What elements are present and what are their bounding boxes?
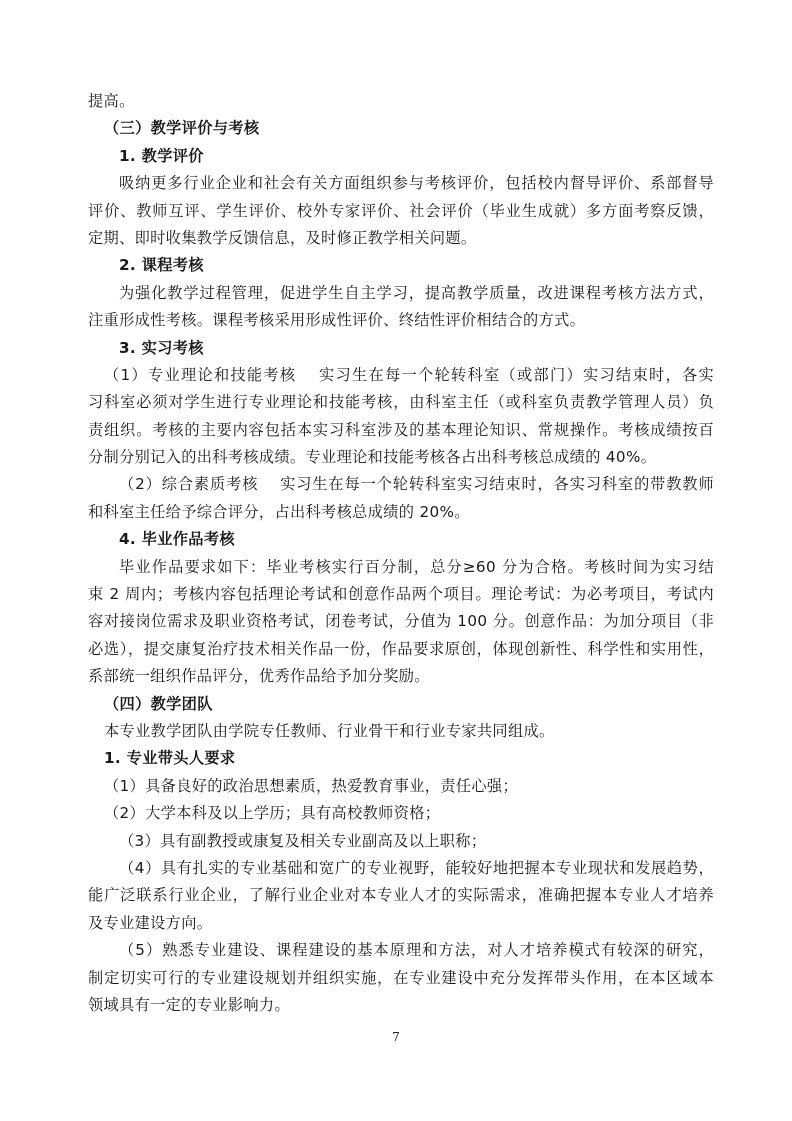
paragraph-line: 及专业建设方向。 (88, 910, 714, 937)
subheading-program-leader: 1. 专业带头人要求 (88, 745, 714, 772)
subheading-graduation-work: 4. 毕业作品考核 (88, 526, 714, 553)
list-item: （3）具有副教授或康复及相关专业副高及以上职称； (88, 828, 714, 855)
paragraph-line: 能广泛联系行业企业，了解行业企业对本专业人才的实际需求，准确把握本专业人才培养 (88, 882, 714, 909)
list-item: （5）熟悉专业建设、课程建设的基本原理和方法，对人才培养模式有较深的研究， (88, 937, 714, 964)
subheading-teaching-evaluation: 1. 教学评价 (88, 143, 714, 170)
list-item: （1）具备良好的政治思想素质，热爱教育事业，责任心强； (88, 773, 714, 800)
paragraph-line: 系部统一组织作品评分，优秀作品给予加分奖励。 (88, 663, 714, 690)
paragraph-line: 制定切实可行的专业建设规划并组织实施，在专业建设中充分发挥带头作用，在本区域本 (88, 965, 714, 992)
document-page: 提高。 （三）教学评价与考核 1. 教学评价 吸纳更多行业企业和社会有关方面组织… (88, 88, 714, 1019)
paragraph-line: 和科室主任给予综合评分，占出科考核总成绩的 20%。 (88, 499, 714, 526)
section-heading-teaching-team: （四）教学团队 (88, 691, 714, 718)
page-number: 7 (0, 1030, 792, 1044)
subheading-course-assessment: 2. 课程考核 (88, 252, 714, 279)
paragraph-line: 习科室必须对学生进行专业理论和技能考核，由科室主任（或科室负责教学管理人员）负 (88, 389, 714, 416)
subheading-internship-assessment: 3. 实习考核 (88, 335, 714, 362)
paragraph-line: 责组织。考核的主要内容包括本实习科室涉及的基本理论知识、常规操作。考核成绩按百 (88, 417, 714, 444)
paragraph-line: 定期、即时收集教学反馈信息，及时修正教学相关问题。 (88, 225, 714, 252)
paragraph-line: 领域具有一定的专业影响力。 (88, 992, 714, 1019)
paragraph-line: 注重形成性考核。课程考核采用形成性评价、终结性评价相结合的方式。 (88, 307, 714, 334)
list-item: （2）大学本科及以上学历；具有高校教师资格； (88, 800, 714, 827)
text-line: 提高。 (88, 88, 714, 115)
paragraph-line: 评价、教师互评、学生评价、校外专家评价、社会评价（毕业生成就）多方面考察反馈， (88, 198, 714, 225)
section-heading-teaching-evaluation: （三）教学评价与考核 (88, 115, 714, 142)
paragraph-line: 必选），提交康复治疗技术相关作品一份，作品要求原创，体现创新性、科学性和实用性， (88, 636, 714, 663)
paragraph-line: （2）综合素质考核 实习生在每一个轮转科室实习结束时，各实习科室的带教教师 (88, 471, 714, 498)
list-item: （4）具有扎实的专业基础和宽广的专业视野，能较好地把握本专业现状和发展趋势， (88, 855, 714, 882)
paragraph-line: 容对接岗位需求及职业资格考试，闭卷考试，分值为 100 分。创意作品：为加分项目… (88, 608, 714, 635)
paragraph-line: 束 2 周内；考核内容包括理论考试和创意作品两个项目。理论考试：为必考项目，考试… (88, 581, 714, 608)
paragraph-line: 分制分别记入的出科考核成绩。专业理论和技能考核各占出科考核总成绩的 40%。 (88, 444, 714, 471)
paragraph-line: 毕业作品要求如下：毕业考核实行百分制，总分≥60 分为合格。考核时间为实习结 (88, 554, 714, 581)
paragraph-line: 为强化教学过程管理，促进学生自主学习，提高教学质量，改进课程考核方法方式， (88, 280, 714, 307)
paragraph-line: （1）专业理论和技能考核 实习生在每一个轮转科室（或部门）实习结束时，各实 (88, 362, 714, 389)
paragraph-line: 吸纳更多行业企业和社会有关方面组织参与考核评价，包括校内督导评价、系部督导 (88, 170, 714, 197)
paragraph-line: 本专业教学团队由学院专任教师、行业骨干和行业专家共同组成。 (88, 718, 714, 745)
